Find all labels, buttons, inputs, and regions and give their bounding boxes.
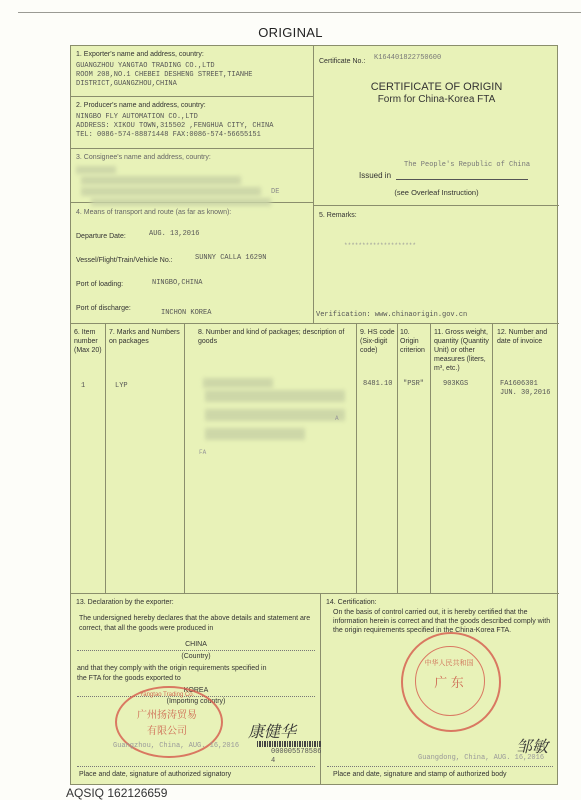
company-stamp-text: Yangtao Trading Co. [117, 692, 217, 698]
box-certificate-header: Certificate No.: K164401822750600 CERTIF… [314, 46, 559, 206]
consignee-fragment: DE [271, 188, 279, 197]
cell-gross-weight: 903KGS [443, 380, 468, 389]
redacted-block [76, 166, 116, 174]
vessel-label: Vessel/Flight/Train/Vehicle No.: [76, 257, 173, 264]
declaration-label: 13. Declaration by the exporter: [76, 599, 174, 606]
loading-value: NINGBO,CHINA [152, 279, 202, 288]
consignee-label: 3. Consignee's name and address, country… [76, 154, 211, 161]
col-description: 8. Number and kind of packages; descript… [185, 324, 357, 594]
declaration-text-2: and that they comply with the origin req… [77, 664, 277, 684]
col-item: 6. Item number (Max 20) 1 [71, 324, 106, 594]
signatory-dotted-line [77, 766, 315, 767]
redacted-block [81, 187, 261, 196]
description-fragment: FA [199, 448, 206, 457]
cell-criterion: "PSR" [403, 380, 424, 389]
header-item: 6. Item number (Max 20) [74, 328, 104, 355]
departure-label: Departure Date: [76, 233, 126, 240]
box-certification: 14. Certification: On the basis of contr… [321, 594, 559, 784]
official-stamp-cn-mid: 广 东 [403, 672, 495, 691]
discharge-label: Port of discharge: [76, 305, 131, 312]
redacted-block [205, 390, 345, 402]
vessel-value: SUNNY CALLA 1629N [195, 254, 266, 263]
box-producer: 2. Producer's name and address, country:… [71, 97, 314, 149]
certificate-no-value: K164401822750600 [374, 54, 441, 63]
issued-in-underline [396, 179, 528, 180]
redacted-block [205, 428, 305, 440]
box-remarks: 5. Remarks: ******************** Verific… [314, 206, 559, 323]
exporter-signature: 康健华 [248, 719, 296, 742]
description-fragment: A [335, 414, 339, 423]
cell-invoice-date: JUN. 30,2016 [500, 389, 550, 398]
certificate-no-label: Certificate No.: [319, 58, 365, 65]
departure-value: AUG. 13,2016 [149, 230, 199, 239]
issued-in-label: Issued in [359, 171, 391, 180]
declaration-place-date: Guangzhou, China, AUG. 16,2016 [113, 742, 239, 751]
cell-marks: LYP [115, 382, 128, 391]
exporter-line-1: GUANGZHOU YANGTAO TRADING CO.,LTD [76, 62, 215, 71]
authorized-body-dotted-line [327, 766, 553, 767]
header-gross-weight: 11. Gross weight, quantity (Quantity Uni… [434, 328, 492, 373]
exporter-label: 1. Exporter's name and address, country: [76, 51, 204, 58]
company-stamp-cn-2: 有限公司 [117, 722, 217, 737]
col-hs-code: 9. HS code (Six-digit code) 8481.10 [357, 324, 398, 594]
country-dotted-line [77, 650, 315, 651]
declaration-text-1: The undersigned hereby declares that the… [79, 614, 315, 634]
issued-in-value: The People's Republic of China [404, 161, 530, 170]
company-stamp-cn-1: 广州扬涛贸易 [117, 706, 217, 721]
producer-line-3: TEL: 0086-574-88871448 FAX:0086-574-5665… [76, 131, 261, 140]
aqsiq-code: AQSIQ 162126659 [66, 786, 167, 800]
exporter-line-2: ROOM 208,NO.1 CHEBEI DESHENG STREET,TIAN… [76, 71, 252, 80]
certification-text: On the basis of control carried out, it … [333, 608, 553, 635]
producer-line-2: ADDRESS: XIKOU TOWN,315502 ,FENGHUA CITY… [76, 122, 273, 131]
col-criterion: 10. Origin criterion "PSR" [398, 324, 431, 594]
producer-line-1: NINGBO FLY AUTOMATION CO.,LTD [76, 113, 198, 122]
redacted-block [203, 378, 273, 388]
remarks-label: 5. Remarks: [319, 212, 357, 219]
official-stamp: 中华人民共和国 广 东 [401, 632, 501, 732]
country-caption: (Country) [71, 653, 321, 660]
redacted-block [205, 409, 345, 421]
exporter-line-3: DISTRICT,GUANGZHOU,CHINA [76, 80, 177, 89]
instruction-note: (see Overleaf Instruction) [314, 188, 559, 197]
scan-edge-line [18, 12, 581, 13]
goods-table: 6. Item number (Max 20) 1 7. Marks and N… [71, 323, 559, 594]
box-exporter: 1. Exporter's name and address, country:… [71, 46, 314, 97]
barcode [257, 741, 321, 747]
header-criterion: 10. Origin criterion [400, 328, 430, 355]
certification-label: 14. Certification: [326, 599, 377, 606]
col-invoice: 12. Number and date of invoice FA1606301… [493, 324, 559, 594]
box-exporter-declaration: 13. Declaration by the exporter: The und… [71, 594, 321, 784]
certification-footer: Place and date, signature and stamp of a… [333, 771, 507, 778]
cell-hs-code: 8481.10 [363, 380, 392, 389]
loading-label: Port of loading: [76, 281, 123, 288]
certificate-form: 1. Exporter's name and address, country:… [70, 45, 558, 785]
box-consignee: 3. Consignee's name and address, country… [71, 149, 314, 203]
barcode-number: 000005578586 4 [271, 748, 321, 766]
cell-invoice-no: FA1606301 [500, 380, 538, 389]
page-title: ORIGINAL [0, 25, 581, 40]
verification-text: Verification: www.chinaorigin.gov.cn [316, 311, 467, 320]
transport-label: 4. Means of transport and route (as far … [76, 209, 231, 216]
declaration-footer: Place and date, signature of authorized … [79, 771, 231, 778]
declaration-country: CHINA [71, 641, 321, 648]
discharge-value: INCHON KOREA [161, 309, 211, 318]
header-description: 8. Number and kind of packages; descript… [198, 328, 348, 346]
col-gross-weight: 11. Gross weight, quantity (Quantity Uni… [431, 324, 493, 594]
certificate-subtitle: Form for China-Korea FTA [314, 94, 559, 105]
official-stamp-cn-top: 中华人民共和国 [403, 658, 495, 668]
col-marks: 7. Marks and Numbers on packages LYP [106, 324, 185, 594]
producer-label: 2. Producer's name and address, country: [76, 102, 206, 109]
header-marks: 7. Marks and Numbers on packages [109, 328, 183, 346]
cell-item: 1 [81, 382, 85, 391]
redacted-block [81, 176, 241, 185]
box-transport: 4. Means of transport and route (as far … [71, 203, 314, 323]
certificate-title: CERTIFICATE OF ORIGIN [314, 81, 559, 93]
remarks-stars: ******************** [344, 241, 416, 250]
header-hs-code: 9. HS code (Six-digit code) [360, 328, 398, 355]
certification-place-date: Guangdong, China, AUG. 16,2016 [418, 754, 544, 763]
header-invoice: 12. Number and date of invoice [497, 328, 557, 346]
